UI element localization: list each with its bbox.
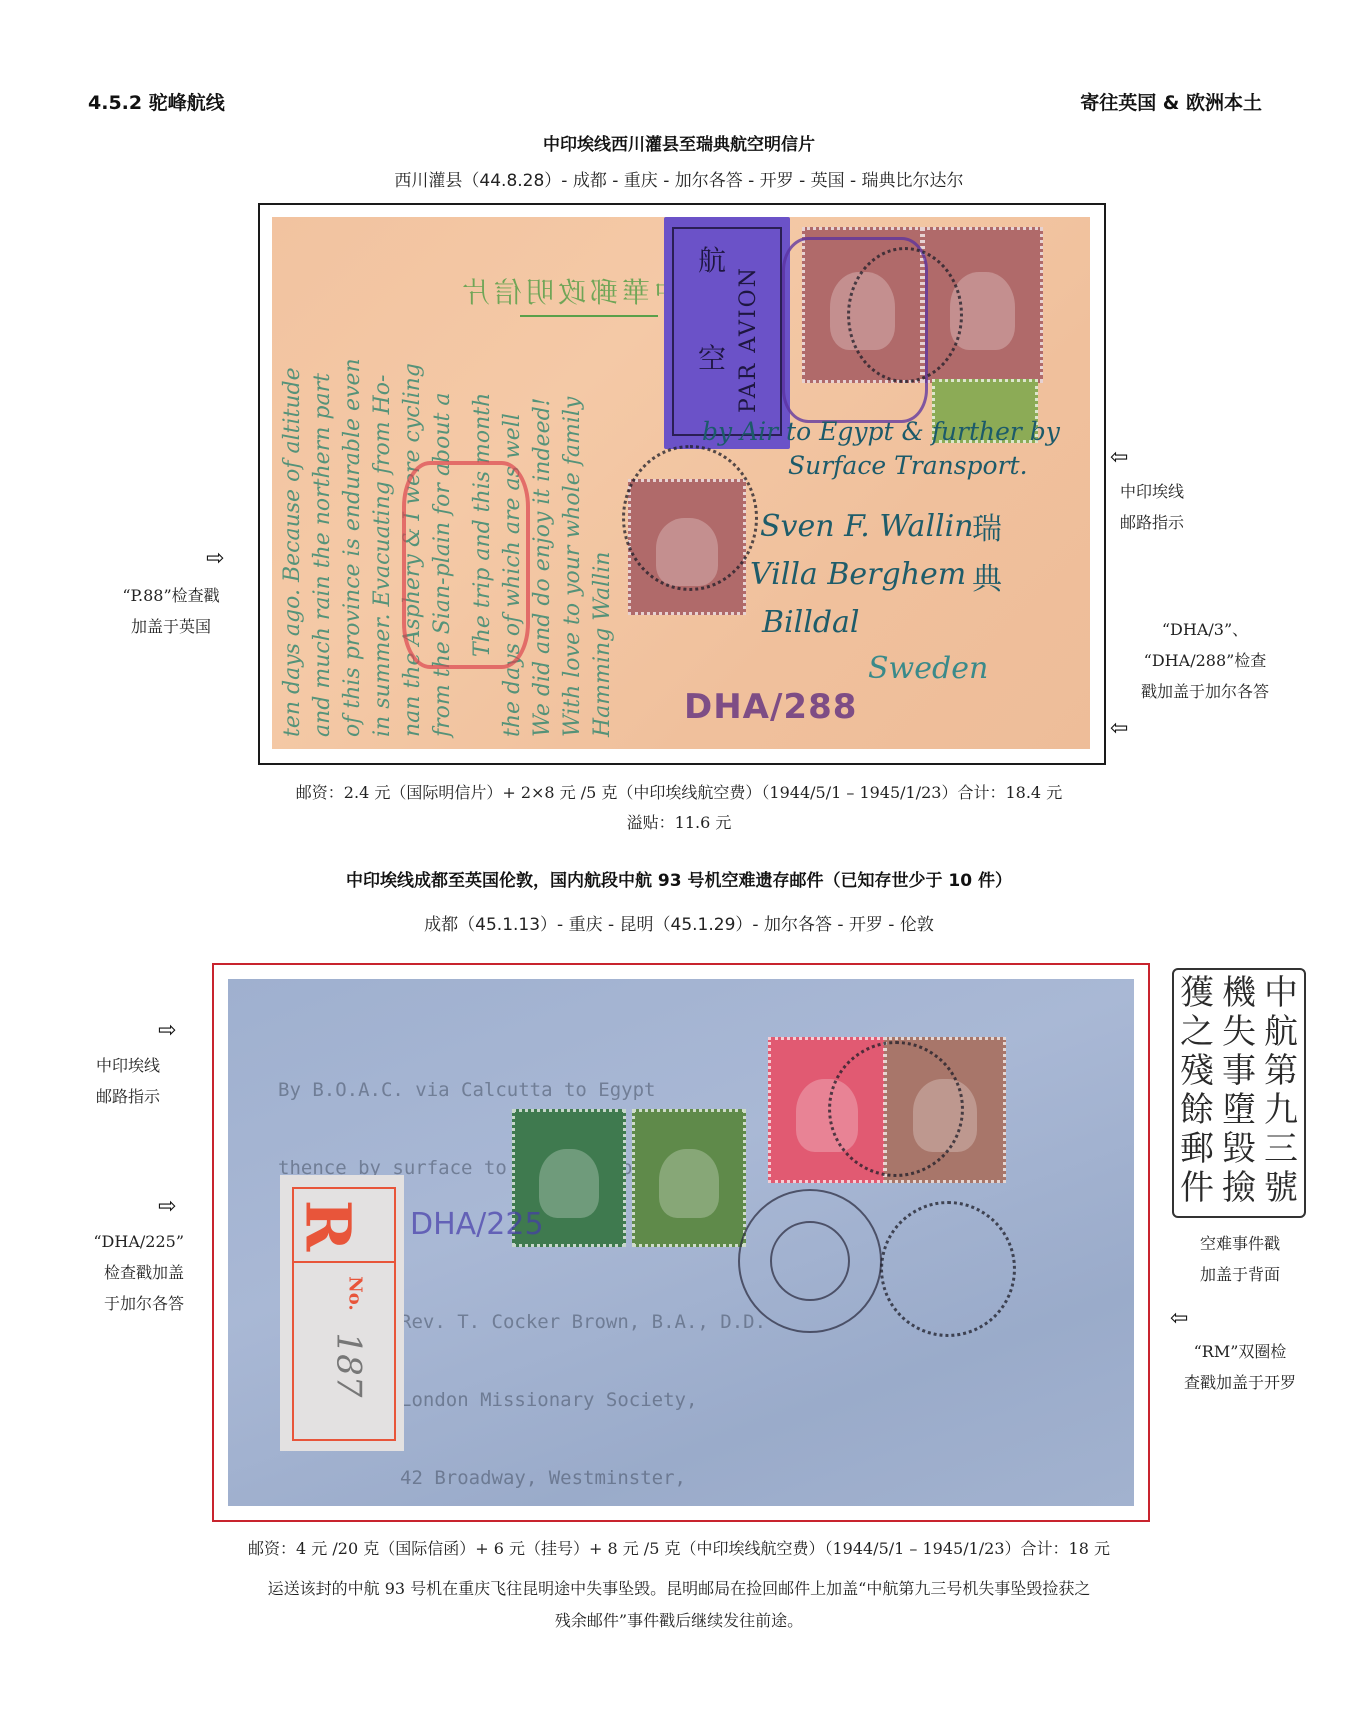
- annotation-dha: “DHA/3”、 “DHA/288”检查 戳加盖于加尔各答: [1110, 614, 1300, 707]
- dha288-censor-mark: DHA/288: [684, 687, 857, 727]
- section-heading: 4.5.2 驼峰航线: [88, 88, 225, 115]
- item2-description-2: 残余邮件”事件戳后继续发往前途。: [0, 1606, 1358, 1636]
- annotation-routing-2: 中印埃线 邮路指示: [96, 1050, 160, 1112]
- routing-instruction: by Air to Egypt & further by: [702, 417, 1060, 446]
- annotation-p88: “P.88”检查戳 加盖于英国: [96, 580, 246, 642]
- imprint-rule: [520, 315, 658, 317]
- address-line: Villa Berghem: [750, 557, 966, 592]
- postcard-image: ten days ago. Because of altitude and mu…: [272, 217, 1090, 749]
- arrow-right-icon: ⇨: [158, 1196, 176, 1218]
- registration-label: R No. 187: [280, 1175, 404, 1451]
- address-city: Billdal: [762, 605, 860, 640]
- p88-censor-mark: [402, 461, 530, 669]
- typed-address: Rev. T. Cocker Brown, B.A., D.D. London …: [400, 1257, 766, 1506]
- item1-overpaid: 溢贴：11.6 元: [0, 808, 1358, 838]
- address-cn: 瑞 典: [972, 505, 1002, 605]
- arrow-right-icon: ⇨: [158, 1020, 176, 1042]
- routing-instruction-2: Surface Transport.: [788, 451, 1028, 480]
- airmail-label: 航 空 PAR AVION: [664, 217, 790, 449]
- cover-image: By B.O.A.C. via Calcutta to Egypt thence…: [228, 979, 1134, 1506]
- item2-title: 中印埃线成都至英国伦敦，国内航段中航 93 号机空难遗存邮件（已知存世少于 10…: [0, 866, 1358, 891]
- arrow-right-icon: ⇨: [206, 548, 224, 570]
- card-imprint: 中華郵政明信片: [458, 271, 682, 311]
- arrow-left-icon: ⇦: [1170, 1308, 1188, 1330]
- item1-postage: 邮资：2.4 元（国际明信片）+ 2×8 元 /5 克（中印埃线航空费）（194…: [0, 778, 1358, 808]
- item1-route: 西川灌县（44.8.28）- 成都 - 重庆 - 加尔各答 - 开罗 - 英国 …: [0, 166, 1358, 191]
- category-heading: 寄往英国 & 欧洲本土: [1080, 88, 1262, 115]
- postmark: [828, 1041, 964, 1177]
- annotation-rm: “RM”双圈检 查戳加盖于开罗: [1160, 1336, 1320, 1398]
- addressee-name: Sven F. Wallin: [760, 509, 974, 544]
- postmark: [847, 247, 963, 383]
- postcard-frame: ten days ago. Because of altitude and mu…: [258, 203, 1106, 765]
- arrow-left-icon: ⇦: [1110, 447, 1128, 469]
- item2-route: 成都（45.1.13）- 重庆 - 昆明（45.1.29）- 加尔各答 - 开罗…: [0, 910, 1358, 935]
- annotation-routing-1: 中印埃线 邮路指示: [1120, 476, 1184, 538]
- dha225-censor-mark: DHA/225: [410, 1207, 544, 1242]
- address-country: Sweden: [868, 651, 988, 686]
- annotation-cachet: 空难事件戳 加盖于背面: [1170, 1228, 1310, 1290]
- cover-frame: By B.O.A.C. via Calcutta to Egypt thence…: [212, 963, 1150, 1522]
- crash-cachet: 中航第九三號 機失事墮毀撿 獲之殘餘郵件: [1172, 968, 1306, 1218]
- item1-title: 中印埃线西川灌县至瑞典航空明信片: [0, 130, 1358, 155]
- stamp: [632, 1109, 746, 1247]
- arrow-left-icon: ⇦: [1110, 718, 1128, 740]
- item2-description-1: 运送该封的中航 93 号机在重庆飞往昆明途中失事坠毁。昆明邮局在捡回邮件上加盖“…: [0, 1574, 1358, 1604]
- item2-postage: 邮资：4 元 /20 克（国际信函）+ 6 元（挂号）+ 8 元 /5 克（中印…: [0, 1534, 1358, 1564]
- postmark: [622, 445, 758, 591]
- kunming-postmark: [880, 1201, 1016, 1337]
- annotation-dha225: “DHA/225” 检查戳加盖 于加尔各答: [72, 1226, 184, 1319]
